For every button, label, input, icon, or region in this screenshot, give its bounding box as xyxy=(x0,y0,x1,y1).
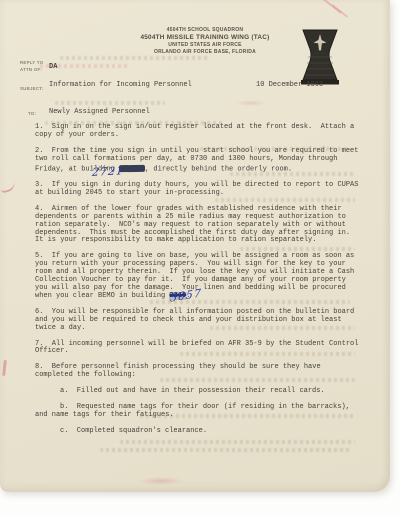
pink-mark xyxy=(332,4,349,18)
bleedthrough-line xyxy=(160,378,355,382)
bleedthrough-line xyxy=(180,352,355,356)
paragraph: 1. Sign in on the sign in/out register l… xyxy=(35,124,361,140)
paragraph-text: 3. If you sign in during duty hours, you… xyxy=(35,181,363,197)
paragraph: 3. If you sign in during duty hours, you… xyxy=(35,182,361,198)
bleedthrough-line xyxy=(210,326,355,330)
paragraph: 4. Airmen of the lower four grades with … xyxy=(35,206,361,246)
to-value: Newly Assigned Personnel xyxy=(49,109,150,117)
bleedthrough-line xyxy=(230,172,355,176)
attn-of-label: ATTN OF: xyxy=(20,67,42,72)
bleedthrough-line xyxy=(45,121,225,125)
paragraph-text: a. Filled out and have in their possessi… xyxy=(60,387,325,395)
unit-seal-icon xyxy=(299,29,341,87)
pink-mark xyxy=(138,477,184,485)
pink-mark xyxy=(0,179,16,194)
bleedthrough-line xyxy=(215,198,355,202)
bleedthrough-line xyxy=(100,448,350,452)
bleedthrough-line xyxy=(40,64,130,68)
paragraph-text: c. Completed squadron's clearance. xyxy=(60,427,207,435)
paragraph: c. Completed squadron's clearance. xyxy=(35,428,361,436)
paragraph-text: 1. Sign in on the sign in/out register l… xyxy=(35,123,358,139)
to-label: TO: xyxy=(28,111,36,116)
paragraph-text: 8. Before personnel finish processing th… xyxy=(35,363,325,379)
paragraph: a. Filled out and have in their possessi… xyxy=(35,388,361,396)
subject-value: Information for Incoming Personnel xyxy=(49,82,192,90)
bleedthrough-line xyxy=(200,147,350,151)
bleedthrough-line xyxy=(240,247,355,251)
bleedthrough-line xyxy=(150,300,350,304)
letter-page: 4504TH SCHOOL SQUADRON 4504TH MISSILE TR… xyxy=(0,0,390,492)
bleedthrough-line xyxy=(140,414,355,418)
bleedthrough-line xyxy=(60,56,210,60)
subject-label: SUBJECT: xyxy=(20,86,43,91)
pink-mark xyxy=(2,360,7,376)
bleedthrough-line xyxy=(55,101,165,105)
pink-mark xyxy=(236,100,266,106)
paragraph: 2. From the time you sign in until you s… xyxy=(35,148,361,174)
date: 10 December 1963 xyxy=(256,82,323,90)
handwritten-building-number: 2721 xyxy=(91,164,124,179)
paragraph-text: 4. Airmen of the lower four grades with … xyxy=(35,205,354,245)
bleedthrough-line xyxy=(120,440,355,444)
